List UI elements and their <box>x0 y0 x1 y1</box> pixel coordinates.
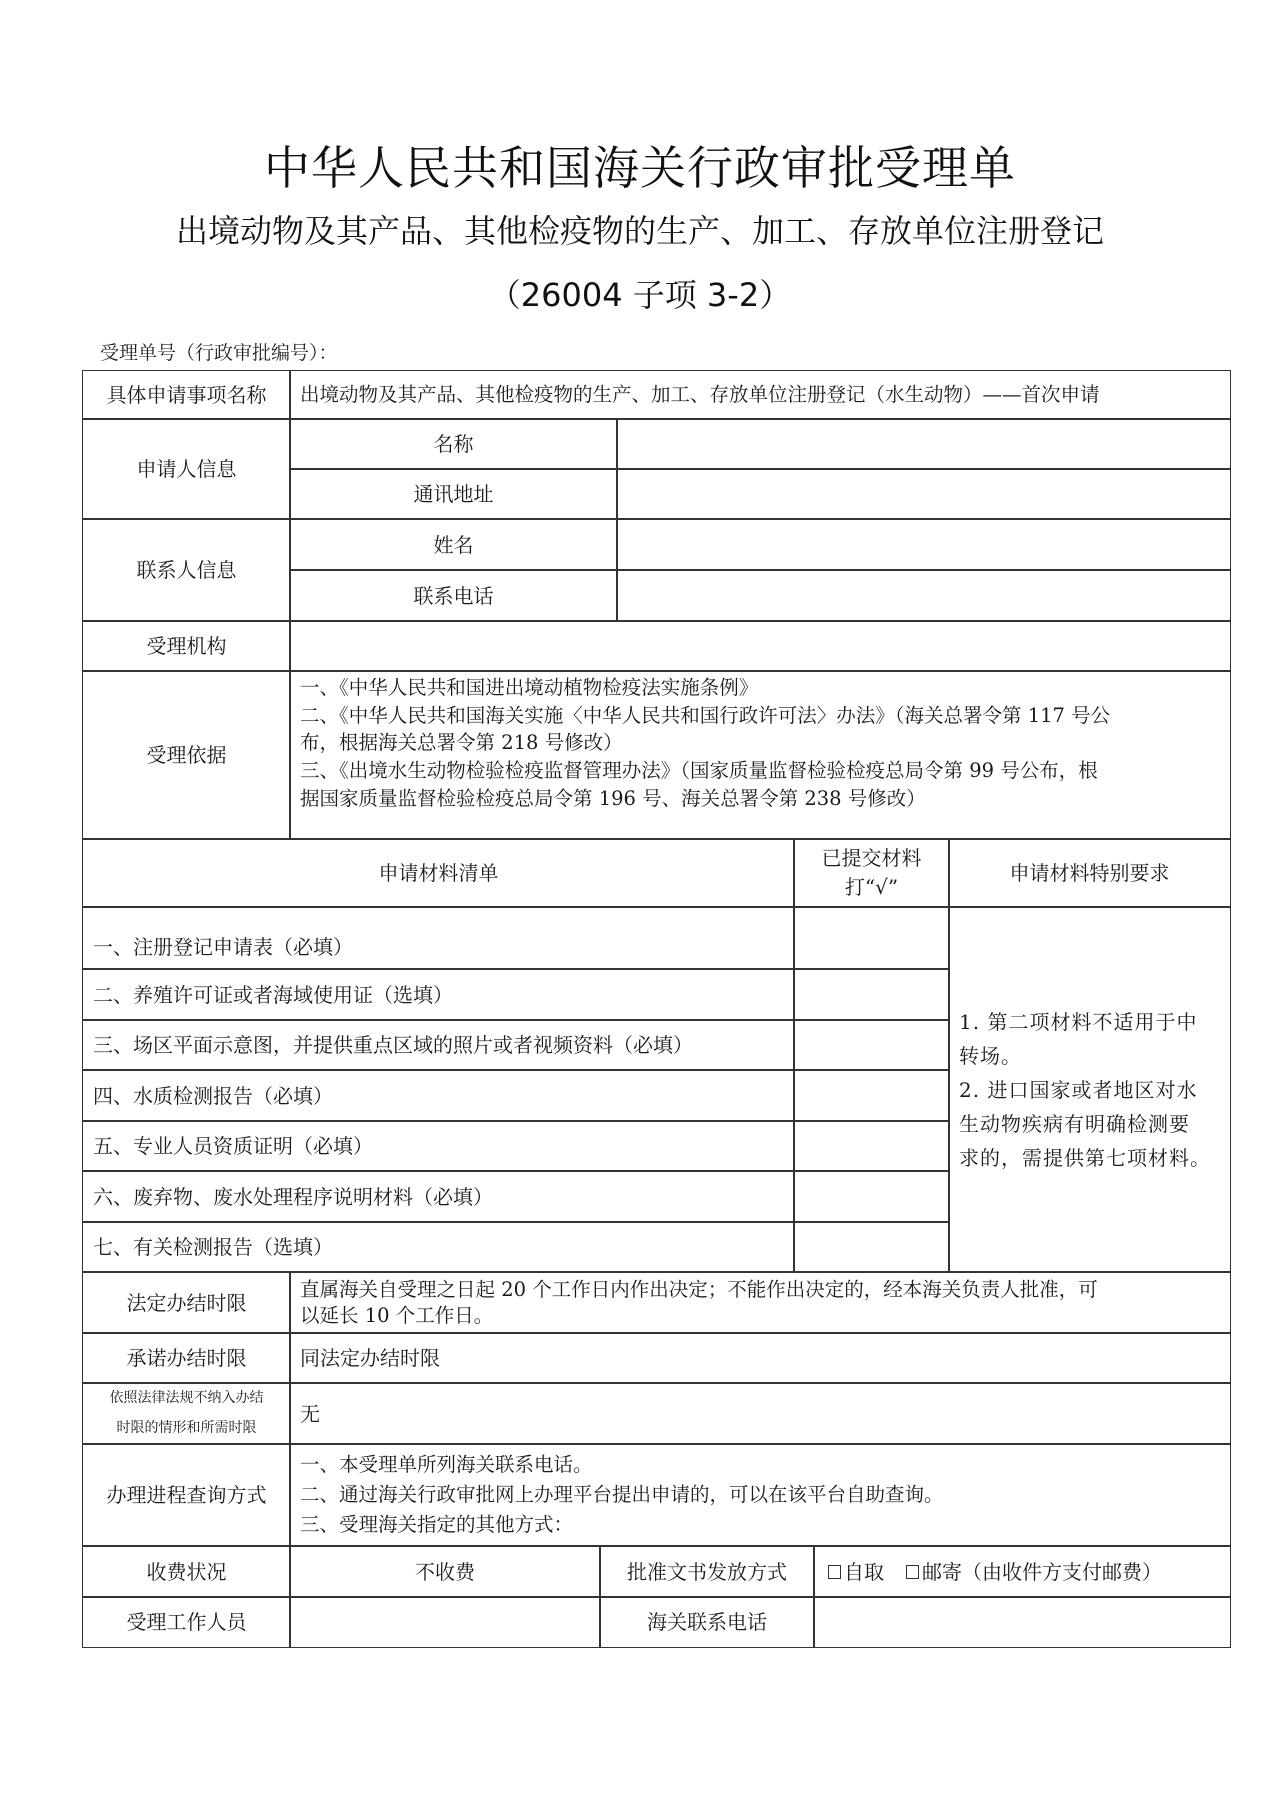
self-pickup-label[interactable]: 自取 <box>844 1556 884 1588</box>
special-requirements: 1. 第二项材料不适用于中 转场。 2. 进口国家或者地区对水 生动物疾病有明确… <box>948 906 1231 1273</box>
basis-line: 据国家质量监督检验检疫总局令第 196 号、海关总署令第 238 号修改） <box>300 785 1222 813</box>
basis-line: 一、《中华人民共和国进出境动植物检疫法实施条例》 <box>300 674 1222 702</box>
delivery-options: 自取 邮寄（由收件方支付邮费） <box>813 1545 1231 1598</box>
progress-query-line: 二、通过海关行政审批网上办理平台提出申请的，可以在该平台自助查询。 <box>300 1480 1222 1510</box>
material-item: 一、注册登记申请表（必填） <box>82 906 795 970</box>
mail-label[interactable]: 邮寄（由收件方支付邮费） <box>922 1556 1162 1588</box>
basis-line: 布，根据海关总署令第 218 号修改） <box>300 729 1222 757</box>
material-checkbox[interactable] <box>793 1120 950 1172</box>
item-name-label: 具体申请事项名称 <box>82 370 291 420</box>
customs-phone-label: 海关联系电话 <box>599 1596 815 1648</box>
requirement-line: 生动物疾病有明确检测要 <box>959 1107 1222 1141</box>
basis-line: 二、《中华人民共和国海关实施〈中华人民共和国行政许可法〉办法》（海关总署令第 1… <box>300 702 1222 730</box>
promised-time-label: 承诺办结时限 <box>82 1332 291 1384</box>
materials-list-header: 申请材料清单 <box>82 838 795 908</box>
staff-label: 受理工作人员 <box>82 1596 291 1648</box>
excluded-time-label-line2: 时限的情形和所需时限 <box>83 1414 290 1443</box>
requirements-header: 申请材料特别要求 <box>948 838 1231 908</box>
applicant-name-label: 名称 <box>289 418 618 470</box>
material-item: 三、场区平面示意图，并提供重点区域的照片或者视频资料（必填） <box>82 1019 795 1071</box>
page-title: 中华人民共和国海关行政审批受理单 <box>0 132 1280 198</box>
requirement-line: 求的，需提供第七项材料。 <box>959 1141 1222 1175</box>
statutory-time-label: 法定办结时限 <box>82 1271 291 1334</box>
material-checkbox[interactable] <box>793 968 950 1021</box>
agency-field[interactable] <box>289 620 1231 672</box>
self-pickup-checkbox[interactable] <box>828 1565 841 1579</box>
fee-label: 收费状况 <box>82 1545 291 1598</box>
customs-phone-field[interactable] <box>813 1596 1231 1648</box>
material-checkbox[interactable] <box>793 1170 950 1223</box>
material-item: 五、专业人员资质证明（必填） <box>82 1120 795 1172</box>
promised-time-value: 同法定办结时限 <box>289 1332 1231 1384</box>
material-item: 六、废弃物、废水处理程序说明材料（必填） <box>82 1170 795 1223</box>
progress-query-line: 三、受理海关指定的其他方式： <box>300 1510 1222 1540</box>
submitted-header-line1: 已提交材料 <box>794 844 949 873</box>
progress-query-label: 办理进程查询方式 <box>82 1443 291 1547</box>
material-checkbox[interactable] <box>793 1019 950 1071</box>
contact-info-label: 联系人信息 <box>82 518 291 622</box>
contact-name-field[interactable] <box>616 518 1231 571</box>
statutory-time-line: 直属海关自受理之日起 20 个工作日内作出决定；不能作出决定的，经本海关负责人批… <box>300 1277 1222 1302</box>
material-item: 七、有关检测报告（选填） <box>82 1221 795 1273</box>
contact-phone-field[interactable] <box>616 569 1231 622</box>
applicant-address-label: 通讯地址 <box>289 468 618 520</box>
submitted-header: 已提交材料 打“√” <box>793 838 950 908</box>
contact-phone-label: 联系电话 <box>289 569 618 622</box>
statutory-time-line: 以延长 10 个工作日。 <box>300 1303 1222 1328</box>
requirement-line: 2. 进口国家或者地区对水 <box>959 1073 1222 1107</box>
material-checkbox[interactable] <box>793 906 950 970</box>
item-code: （26004 子项 3-2） <box>0 270 1280 316</box>
submitted-header-line2: 打“√” <box>794 873 949 902</box>
delivery-label: 批准文书发放方式 <box>599 1545 815 1598</box>
requirement-line: 1. 第二项材料不适用于中 <box>959 1005 1222 1039</box>
mail-checkbox[interactable] <box>906 1565 919 1579</box>
applicant-name-field[interactable] <box>616 418 1231 470</box>
acceptance-number-label: 受理单号（行政审批编号）： <box>100 338 338 365</box>
fee-value: 不收费 <box>289 1545 601 1598</box>
material-checkbox[interactable] <box>793 1221 950 1273</box>
applicant-info-label: 申请人信息 <box>82 418 291 520</box>
contact-name-label: 姓名 <box>289 518 618 571</box>
applicant-address-field[interactable] <box>616 468 1231 520</box>
basis-line: 三、《出境水生动物检验检疫监督管理办法》（国家质量监督检验检疫总局令第 99 号… <box>300 757 1222 785</box>
excluded-time-label-line1: 依照法律法规不纳入办结 <box>83 1384 290 1413</box>
requirement-line: 转场。 <box>959 1039 1222 1073</box>
progress-query-content: 一、本受理单所列海关联系电话。 二、通过海关行政审批网上办理平台提出申请的，可以… <box>289 1443 1231 1547</box>
page-subtitle: 出境动物及其产品、其他检疫物的生产、加工、存放单位注册登记 <box>0 206 1280 252</box>
item-name-value: 出境动物及其产品、其他检疫物的生产、加工、存放单位注册登记（水生动物）——首次申… <box>289 370 1231 420</box>
excluded-time-label: 依照法律法规不纳入办结 时限的情形和所需时限 <box>82 1382 291 1445</box>
agency-label: 受理机构 <box>82 620 291 672</box>
basis-content: 一、《中华人民共和国进出境动植物检疫法实施条例》 二、《中华人民共和国海关实施〈… <box>289 670 1231 840</box>
material-checkbox[interactable] <box>793 1069 950 1122</box>
progress-query-line: 一、本受理单所列海关联系电话。 <box>300 1450 1222 1480</box>
excluded-time-value: 无 <box>289 1382 1231 1445</box>
material-item: 四、水质检测报告（必填） <box>82 1069 795 1122</box>
basis-label: 受理依据 <box>82 670 291 840</box>
material-item: 二、养殖许可证或者海域使用证（选填） <box>82 968 795 1021</box>
statutory-time-value: 直属海关自受理之日起 20 个工作日内作出决定；不能作出决定的，经本海关负责人批… <box>289 1271 1231 1334</box>
staff-field[interactable] <box>289 1596 601 1648</box>
